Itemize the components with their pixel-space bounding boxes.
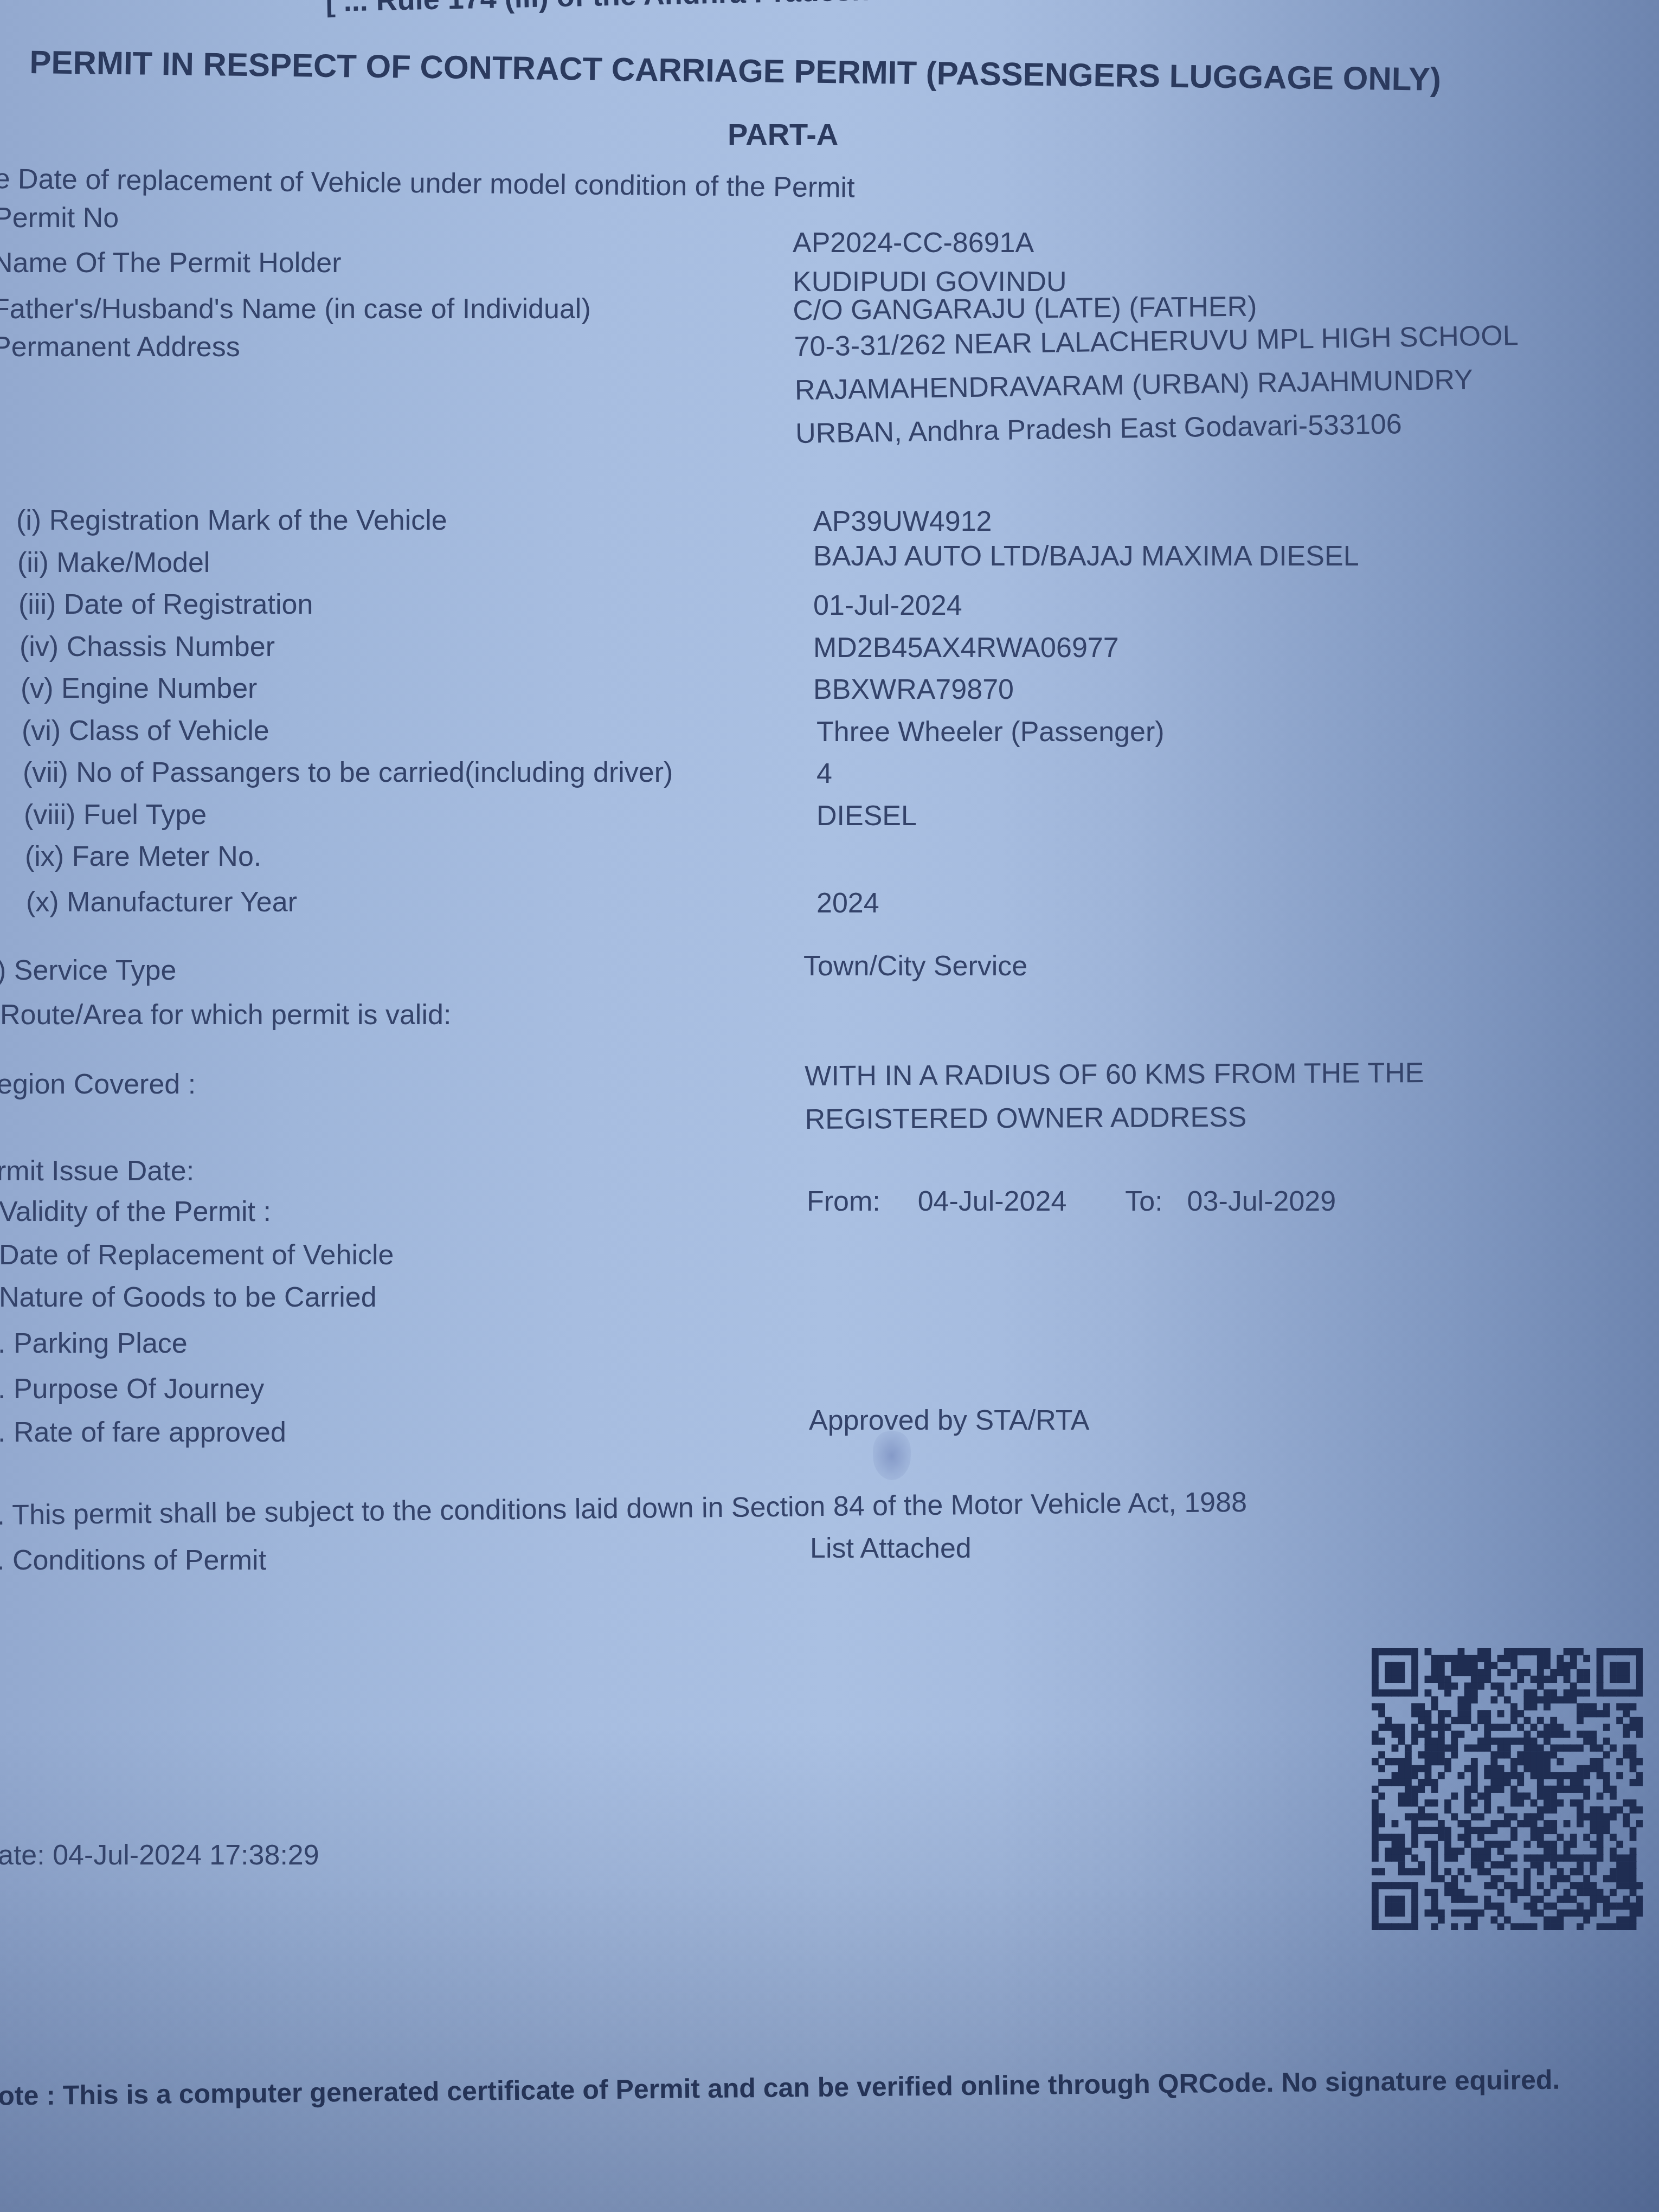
- vehicle-field-value: MD2B45AX4RWA06977: [813, 632, 1119, 664]
- vehicle-field-label: (viii) Fuel Type: [24, 799, 207, 831]
- fare-value: Approved by STA/RTA: [809, 1404, 1089, 1437]
- vehicle-field-value: BBXWRA79870: [813, 673, 1014, 706]
- vehicle-field-label: (vi) Class of Vehicle: [22, 715, 269, 747]
- issue-date-label: rmit Issue Date:: [0, 1155, 194, 1187]
- stamp-smudge: [873, 1431, 911, 1480]
- replacement-date-label: Date of Replacement of Vehicle: [0, 1239, 394, 1271]
- section-84-line: . This permit shall be subject to the co…: [0, 1486, 1247, 1532]
- validity-from-date: 04-Jul-2024: [918, 1186, 1067, 1217]
- nature-goods-label: Nature of Goods to be Carried: [0, 1281, 377, 1314]
- vehicle-field-value: AP39UW4912: [813, 505, 992, 538]
- validity-value: From: 04-Jul-2024 To: 03-Jul-2029: [807, 1185, 1336, 1218]
- region-line-2: REGISTERED OWNER ADDRESS: [805, 1095, 1424, 1141]
- fare-label: . Rate of fare approved: [0, 1416, 286, 1449]
- qr-code-icon[interactable]: [1372, 1648, 1643, 1930]
- vehicle-field-label: (iv) Chassis Number: [20, 631, 275, 663]
- region-line-1: WITH IN A RADIUS OF 60 KMS FROM THE THE: [805, 1051, 1424, 1098]
- validity-from-label: From:: [807, 1186, 880, 1217]
- vehicle-field-value: DIESEL: [816, 800, 917, 832]
- purpose-label: . Purpose Of Journey: [0, 1373, 264, 1405]
- conditions-label: . Conditions of Permit: [0, 1544, 266, 1577]
- rule-reference: [ ... Rule 174 (iii) of the Andhra Prade…: [325, 0, 1255, 18]
- validity-to-label: To:: [1125, 1186, 1162, 1217]
- region-value: WITH IN A RADIUS OF 60 KMS FROM THE THE …: [805, 1051, 1424, 1141]
- address-value: 70-3-31/262 NEAR LALACHERUVU MPL HIGH SC…: [794, 314, 1520, 455]
- vehicle-field-label: (v) Engine Number: [21, 672, 257, 705]
- vehicle-field-value: Three Wheeler (Passenger): [816, 716, 1165, 748]
- conditions-value: List Attached: [810, 1532, 972, 1565]
- vehicle-field-label: (x) Manufacturer Year: [26, 886, 297, 918]
- vehicle-field-label: (iii) Date of Registration: [18, 588, 313, 621]
- vehicle-field-value: BAJAJ AUTO LTD/BAJAJ MAXIMA DIESEL: [813, 540, 1359, 573]
- holder-name-label: Name Of The Permit Holder: [0, 247, 341, 279]
- region-label: egion Covered :: [0, 1068, 196, 1101]
- vehicle-field-label: (i) Registration Mark of the Vehicle: [16, 504, 447, 537]
- footer-note: lote : This is a computer generated cert…: [0, 2054, 1617, 2121]
- route-area-label: Route/Area for which permit is valid:: [0, 999, 451, 1031]
- vehicle-field-value: 01-Jul-2024: [813, 589, 962, 622]
- vehicle-field-value: 2024: [816, 887, 879, 919]
- validity-to-date: 03-Jul-2029: [1187, 1186, 1336, 1217]
- print-date-stamp: ate: 04-Jul-2024 17:38:29: [0, 1839, 319, 1872]
- permit-no-label: Permit No: [0, 202, 119, 234]
- permit-no-value: AP2024-CC-8691A: [793, 227, 1034, 259]
- father-husband-label: Father's/Husband's Name (in case of Indi…: [0, 293, 591, 325]
- vehicle-field-value: 4: [816, 757, 832, 790]
- page-title: PERMIT IN RESPECT OF CONTRACT CARRIAGE P…: [29, 43, 1441, 98]
- address-label: Permanent Address: [0, 331, 240, 363]
- vehicle-field-label: (ix) Fare Meter No.: [25, 840, 261, 873]
- service-type-value: Town/City Service: [803, 950, 1027, 982]
- parking-place-label: . Parking Place: [0, 1327, 188, 1360]
- service-type-label: ) Service Type: [0, 954, 176, 987]
- vehicle-field-label: (ii) Make/Model: [17, 546, 210, 579]
- part-heading: PART-A: [728, 117, 838, 152]
- intro-line: e Date of replacement of Vehicle under m…: [0, 163, 855, 204]
- validity-label: Validity of the Permit :: [0, 1195, 271, 1228]
- vehicle-field-label: (vii) No of Passangers to be carried(inc…: [23, 756, 673, 789]
